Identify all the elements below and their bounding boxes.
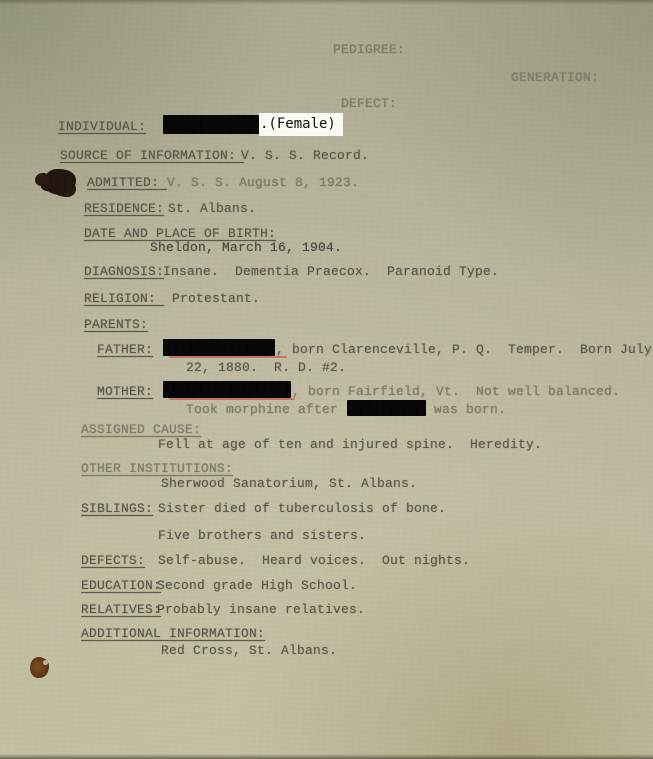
field-value-siblings-line2: Five brothers and sisters. (158, 528, 366, 543)
field-label-other-institutions: OTHER INSTITUTIONS: (81, 461, 233, 476)
field-label-individual: INDIVIDUAL: (58, 119, 146, 134)
redaction-bar-individual-name (163, 115, 259, 134)
field-value-father-line1: , born Clarenceville, P. Q. Temper. Born… (276, 342, 652, 357)
field-value-mother-line2-after: was born. (426, 402, 506, 417)
field-label-education: EDUCATION: (81, 578, 161, 593)
field-value-date-place-of-birth: Sheldon, March 16, 1904. (150, 240, 342, 255)
sex-annotation: .(Female) (260, 116, 336, 132)
field-value-religion: Protestant. (172, 291, 260, 306)
field-value-mother-line1: , born Fairfield, Vt. Not well balanced. (292, 384, 620, 399)
field-value-relatives: Probably insane relatives. (157, 602, 365, 617)
ink-blot (44, 169, 76, 195)
redaction-bar-father-name (163, 339, 275, 356)
page-top-edge-shadow (0, 0, 653, 5)
field-value-other-institutions: Sherwood Sanatorium, St. Albans. (161, 476, 417, 491)
field-value-mother-line2-before: Took morphine after (186, 402, 346, 417)
field-label-additional-information: ADDITIONAL INFORMATION: (81, 626, 265, 641)
field-label-defect: DEFECT: (341, 96, 397, 111)
field-value-siblings-line1: Sister died of tuberculosis of bone. (158, 501, 446, 516)
field-label-siblings: SIBLINGS: (81, 501, 153, 516)
field-label-father: FATHER: (97, 342, 153, 357)
field-value-residence: St. Albans. (168, 201, 256, 216)
field-label-date-place-of-birth: DATE AND PLACE OF BIRTH: (84, 226, 276, 241)
field-value-education: Second grade High School. (157, 578, 357, 593)
redaction-bar-mother-name (163, 381, 291, 398)
field-label-generation: GENERATION: (511, 70, 599, 85)
field-label-parents: PARENTS: (84, 317, 148, 332)
field-label-admitted: ADMITTED: (87, 175, 167, 190)
scanned-document-page: PEDIGREE: GENERATION: DEFECT: INDIVIDUAL… (0, 0, 653, 759)
field-label-assigned-cause: ASSIGNED CAUSE: (81, 422, 201, 437)
field-value-assigned-cause: Fell at age of ten and injured spine. He… (158, 437, 542, 452)
field-label-diagnosis: DIAGNOSIS: (84, 264, 164, 279)
field-value-father-line2: 22, 1880. R. D. #2. (186, 360, 346, 375)
field-value-source-of-information: V. S. S. Record. (241, 148, 369, 163)
field-value-diagnosis: Insane. Dementia Praecox. Paranoid Type. (163, 264, 499, 279)
field-label-defects: DEFECTS: (81, 553, 145, 568)
field-label-religion: RELIGION: (84, 291, 164, 306)
redaction-bar-mother-line2 (347, 400, 426, 416)
field-value-additional-information: Red Cross, St. Albans. (161, 643, 337, 658)
field-label-pedigree: PEDIGREE: (333, 42, 405, 57)
field-value-admitted: V. S. S. August 8, 1923. (167, 175, 359, 190)
field-label-relatives: RELATIVES: (81, 602, 161, 617)
hole-punch (30, 657, 49, 678)
field-label-source-of-information: SOURCE OF INFORMATION: (60, 148, 244, 163)
field-label-residence: RESIDENCE: (84, 201, 164, 216)
page-bottom-edge-shadow (0, 754, 653, 759)
field-value-defects: Self-abuse. Heard voices. Out nights. (158, 553, 470, 568)
field-label-mother: MOTHER: (97, 384, 153, 399)
red-underline-mother (169, 398, 295, 400)
red-underline-father (169, 356, 287, 358)
